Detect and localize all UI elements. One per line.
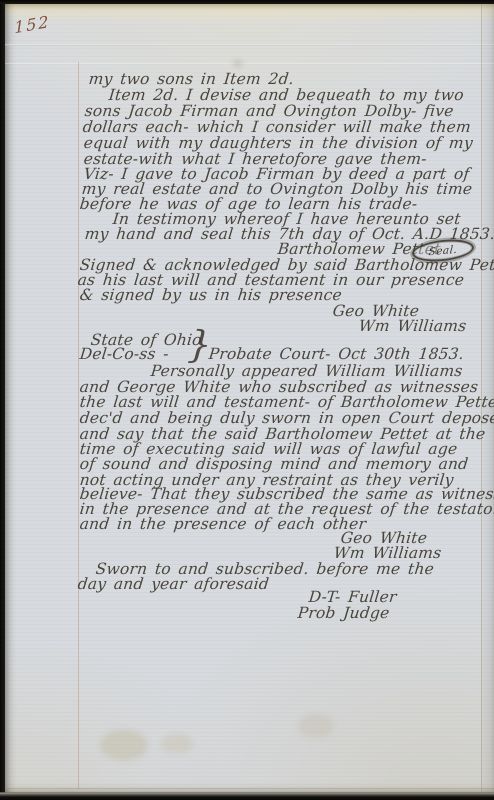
handwritten-line: & signed by us in his presence bbox=[79, 288, 343, 302]
handwritten-line: estate-with what I heretofore gave them- bbox=[83, 152, 427, 166]
seal-label: Seal. bbox=[428, 243, 458, 258]
handwritten-line: Sworn to and subscribed. before me the bbox=[95, 562, 435, 576]
handwritten-line: D-T- Fuller bbox=[308, 590, 397, 604]
handwritten-line: day and year aforesaid bbox=[77, 577, 270, 591]
scanned-document-page: 152 my two sons in Item 2d.Item 2d. I de… bbox=[0, 0, 494, 800]
handwritten-line: Geo White bbox=[332, 304, 420, 318]
handwritten-line: and say that the said Bartholomew Pettet… bbox=[79, 427, 486, 441]
handwritten-line: my hand and seal this 7th day of Oct. A.… bbox=[84, 227, 494, 241]
handwritten-line: in the presence and at the request of th… bbox=[79, 502, 494, 516]
handwritten-line: Wm Williams bbox=[358, 319, 467, 333]
handwritten-line: time of executing said will was of lawfu… bbox=[79, 442, 458, 456]
handwritten-line: my real estate and to Ovington Dolby his… bbox=[81, 182, 473, 196]
handwritten-line: as his last will and testament in our pr… bbox=[77, 273, 465, 287]
handwritten-line: equal with my daughters in the division … bbox=[83, 136, 474, 150]
handwritten-line: In testimony whereof I have hereunto set bbox=[112, 212, 461, 226]
manuscript-overlay: 152 my two sons in Item 2d.Item 2d. I de… bbox=[0, 0, 494, 800]
page-number: 152 bbox=[14, 12, 51, 38]
handwritten-line: sons Jacob Firman and Ovington Dolby- fi… bbox=[84, 104, 454, 118]
scan-left-edge bbox=[0, 0, 5, 800]
handwritten-line: Item 2d. I devise and bequeath to my two bbox=[108, 88, 465, 102]
handwritten-line: of sound and disposing mind and memory a… bbox=[79, 457, 469, 471]
handwritten-line: Geo White bbox=[340, 531, 428, 545]
handwritten-line: the last will and testament- of Bartholo… bbox=[79, 395, 494, 409]
handwritten-line: Personally appeared William Williams bbox=[150, 364, 463, 378]
scan-top-edge bbox=[0, 0, 494, 4]
brace-glyph: } bbox=[187, 327, 213, 363]
handwritten-line: dec'd and being duly sworn in open Court… bbox=[79, 411, 494, 425]
handwritten-line: my two sons in Item 2d. bbox=[88, 72, 295, 86]
handwritten-line: and in the presence of each other bbox=[79, 517, 367, 531]
handwritten-line: Prob Judge bbox=[297, 606, 390, 620]
handwritten-line: dollars each- which I consider will make… bbox=[82, 120, 472, 134]
handwritten-line: Probate Court- Oct 30th 1853. bbox=[208, 347, 465, 361]
scan-bottom-edge bbox=[0, 792, 494, 800]
handwritten-line: before he was of age to learn his trade- bbox=[79, 197, 418, 211]
handwritten-line: believe- That they subscribed the same a… bbox=[79, 487, 494, 501]
handwritten-line: Viz- I gave to Jacob Firman by deed a pa… bbox=[83, 167, 470, 181]
handwritten-line: Wm Williams bbox=[333, 546, 442, 560]
handwritten-line: and George White who subscribed as witne… bbox=[79, 380, 479, 394]
handwritten-line: Del-Co-ss - bbox=[79, 347, 169, 361]
